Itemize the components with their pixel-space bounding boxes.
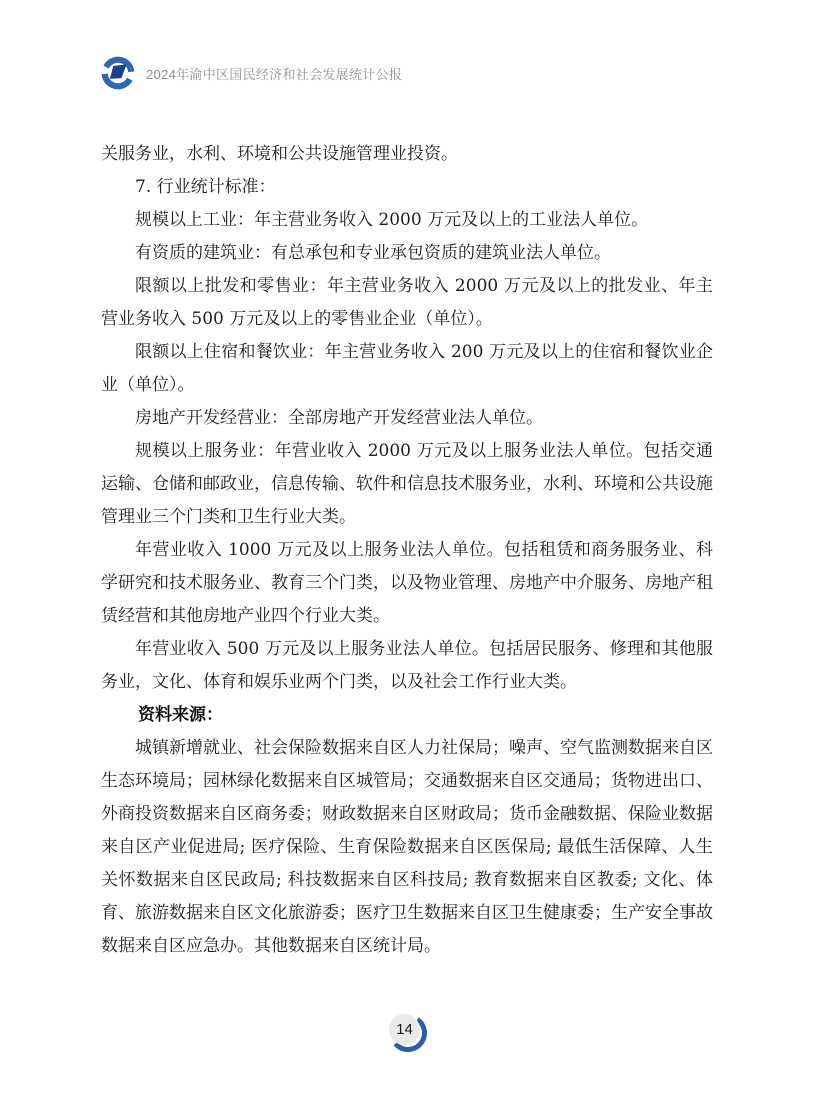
page-header: 2024年渝中区国民经济和社会发展统计公报: [99, 53, 402, 93]
body-paragraph: 限额以上批发和零售业：年主营业务收入 2000 万元及以上的批发业、年主营业务收…: [101, 270, 713, 336]
bulletin-logo-icon: [99, 53, 137, 93]
page-number-circle: 14: [389, 1014, 420, 1045]
page-header-title: 2024年渝中区国民经济和社会发展统计公报: [146, 64, 402, 83]
document-page: 2024年渝中区国民经济和社会发展统计公报 关服务业，水利、环境和公共设施管理业…: [0, 0, 817, 1100]
body-paragraph: 年营业收入 500 万元及以上服务业法人单位。包括居民服务、修理和其他服务业，文…: [101, 633, 713, 699]
body-paragraph: 房地产开发经营业：全部房地产开发经营业法人单位。: [101, 402, 713, 435]
body-paragraph: 规模以上服务业：年营业收入 2000 万元及以上服务业法人单位。包括交通运输、仓…: [101, 435, 713, 534]
body-paragraph: 规模以上工业：年主营业务收入 2000 万元及以上的工业法人单位。: [101, 204, 713, 237]
data-sources-paragraph: 城镇新增就业、社会保险数据来自区人力社保局；噪声、空气监测数据来自区生态环境局；…: [101, 732, 713, 963]
body-paragraph: 年营业收入 1000 万元及以上服务业法人单位。包括租赁和商务服务业、科学研究和…: [101, 534, 713, 633]
body-paragraph: 有资质的建筑业：有总承包和专业承包资质的建筑业法人单位。: [101, 237, 713, 270]
page-number: 14: [396, 1021, 413, 1038]
body-paragraph: 关服务业，水利、环境和公共设施管理业投资。: [101, 138, 713, 171]
body-paragraph: 7. 行业统计标准：: [101, 171, 713, 204]
data-sources-heading: 资料来源：: [101, 703, 713, 727]
page-number-badge: 14: [384, 1011, 430, 1053]
body-paragraph: 限额以上住宿和餐饮业：年主营业务收入 200 万元及以上的住宿和餐饮业企业（单位…: [101, 336, 713, 402]
document-body: 关服务业，水利、环境和公共设施管理业投资。 7. 行业统计标准： 规模以上工业：…: [101, 138, 713, 963]
